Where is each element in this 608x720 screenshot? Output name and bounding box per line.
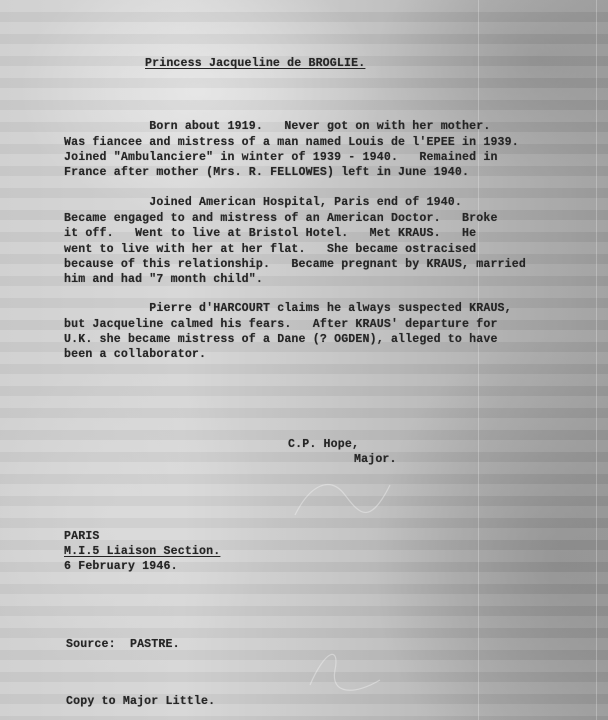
signature-name: C.P. Hope, [288, 438, 359, 451]
origin-city: PARIS [64, 530, 100, 543]
text-line: Pierre d'HARCOURT claims he always suspe… [64, 302, 512, 315]
text-line: U.K. she became mistress of a Dane (? OG… [64, 333, 498, 346]
text-line: him and had "7 month child". [64, 273, 263, 286]
text-line: Was fiancee and mistress of a man named … [64, 136, 519, 149]
text-line: been a collaborator. [64, 348, 206, 361]
text-line: went to live with her at her flat. She b… [64, 243, 476, 256]
origin-section: M.I.5 Liaison Section. [64, 545, 220, 558]
text-line: Joined American Hospital, Paris end of 1… [64, 196, 462, 209]
text-line: Became engaged to and mistress of an Ame… [64, 212, 498, 225]
pen-scribble [300, 640, 390, 700]
text-line: Born about 1919. Never got on with her m… [64, 120, 490, 133]
copy-to-line: Copy to Major Little. [66, 695, 215, 708]
document-title: Princess Jacqueline de BROGLIE. [145, 57, 365, 70]
pen-scribble [290, 455, 410, 545]
text-line: because of this relationship. Became pre… [64, 258, 526, 271]
paper-crease [596, 0, 597, 720]
origin-date: 6 February 1946. [64, 560, 178, 573]
paper-crease [478, 0, 479, 720]
signature-rank: Major. [354, 453, 397, 466]
text-line: France after mother (Mrs. R. FELLOWES) l… [64, 166, 469, 179]
text-line: Joined "Ambulanciere" in winter of 1939 … [64, 151, 498, 164]
text-line: it off. Went to live at Bristol Hotel. M… [64, 227, 476, 240]
text-line: but Jacqueline calmed his fears. After K… [64, 318, 498, 331]
source-line: Source: PASTRE. [66, 638, 180, 651]
